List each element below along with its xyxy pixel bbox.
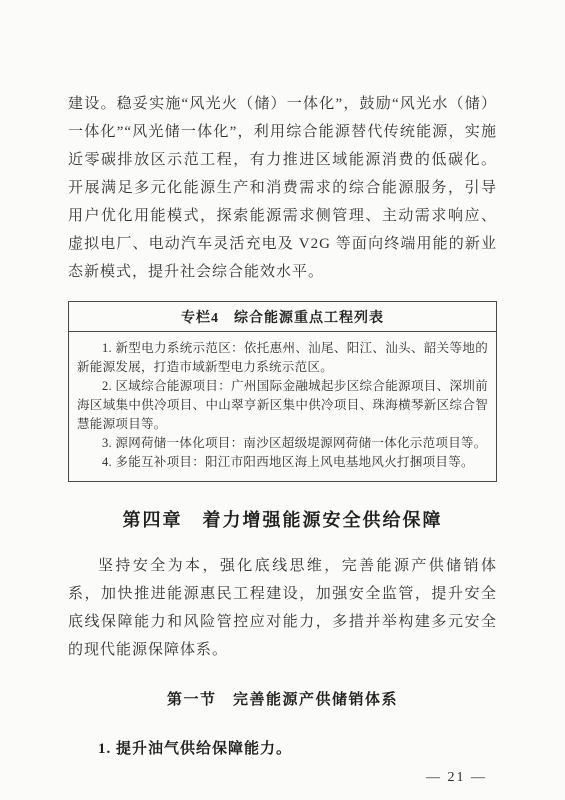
page-number: — 21 — <box>68 770 497 786</box>
callout-box-item-2: 2. 区域综合能源项目：广州国际金融城起步区综合能源项目、深圳前海区域集中供冷项… <box>77 377 488 434</box>
callout-box-body: 1. 新型电力系统示范区：依托惠州、汕尾、阳江、汕头、韶关等地的新能源发展，打造… <box>69 332 496 481</box>
paragraph-continuation: 建设。稳妥实施“风光火（储）一体化”，鼓励“风光水（储）一体化”“风光储一体化”… <box>68 90 497 286</box>
callout-box: 专栏4 综合能源重点工程列表 1. 新型电力系统示范区：依托惠州、汕尾、阳江、汕… <box>68 301 497 482</box>
section-heading: 第一节 完善能源产供储销体系 <box>68 688 497 709</box>
callout-box-item-3: 3. 源网荷储一体化项目：南沙区超级堤源网荷储一体化示范项目等。 <box>77 434 488 453</box>
numbered-point: 1. 提升油气供给保障能力。 <box>68 737 497 758</box>
callout-box-title: 专栏4 综合能源重点工程列表 <box>69 302 496 332</box>
document-page: 建设。稳妥实施“风光火（储）一体化”，鼓励“风光水（储）一体化”“风光储一体化”… <box>0 0 565 800</box>
chapter-intro-paragraph: 坚持安全为本，强化底线思维，完善能源产供储销体系，加快推进能源惠民工程建设，加强… <box>68 552 497 664</box>
chapter-heading: 第四章 着力增强能源安全供给保障 <box>68 506 497 532</box>
callout-box-item-1: 1. 新型电力系统示范区：依托惠州、汕尾、阳江、汕头、韶关等地的新能源发展，打造… <box>77 339 488 377</box>
callout-box-item-4: 4. 多能互补项目：阳江市阳西地区海上风电基地风火打捆项目等。 <box>77 453 488 472</box>
